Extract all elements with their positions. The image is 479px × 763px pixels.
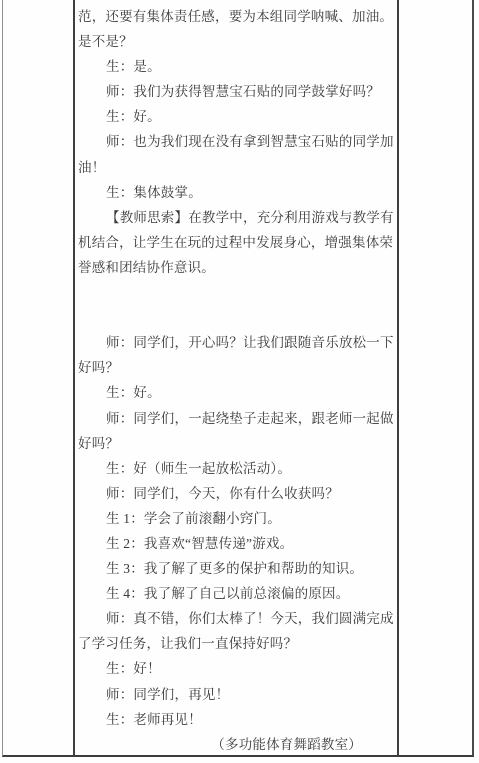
text-line bbox=[78, 280, 395, 305]
text-line: 生 4：我了解了自己以前总滚偏的原因。 bbox=[78, 581, 395, 606]
text-line: 师：也为我们现在没有拿到智慧宝石贴的同学加 bbox=[78, 129, 395, 154]
text-line: 好吗？ bbox=[78, 431, 395, 456]
table-cell-content: 范，还要有集体责任感，要为本组同学呐喊、加油。是不是？生：是。师：我们为获得智慧… bbox=[75, 0, 399, 755]
dialogue-text-block: 范，还要有集体责任感，要为本组同学呐喊、加油。是不是？生：是。师：我们为获得智慧… bbox=[78, 4, 395, 755]
text-line: 生：好。 bbox=[78, 380, 395, 405]
text-line: 师：同学们，再见！ bbox=[78, 682, 395, 707]
text-line: 是不是？ bbox=[78, 29, 395, 54]
text-line: 生 2：我喜欢“智慧传递”游戏。 bbox=[78, 531, 395, 556]
text-line: 生：好（师生一起放松活动）。 bbox=[78, 456, 395, 481]
text-line: 生：集体鼓掌。 bbox=[78, 180, 395, 205]
text-line: 誉感和团结协作意识。 bbox=[78, 255, 395, 280]
text-line: 【教师思索】在教学中，充分利用游戏与教学有 bbox=[78, 205, 395, 230]
text-line: 生：好。 bbox=[78, 104, 395, 129]
text-line: 范，还要有集体责任感，要为本组同学呐喊、加油。 bbox=[78, 4, 395, 29]
text-line: 师：同学们，今天，你有什么收获吗？ bbox=[78, 481, 395, 506]
text-line: 师：我们为获得智慧宝石贴的同学鼓掌好吗？ bbox=[78, 79, 395, 104]
text-line: 机结合，让学生在玩的过程中发展身心，增强集体荣 bbox=[78, 230, 395, 255]
text-line: 师：同学们，开心吗？让我们跟随音乐放松一下， bbox=[78, 330, 395, 355]
document-page: 范，还要有集体责任感，要为本组同学呐喊、加油。是不是？生：是。师：我们为获得智慧… bbox=[0, 0, 479, 763]
text-line: 生：好！ bbox=[78, 656, 395, 681]
text-line: 了学习任务，让我们一直保持好吗？ bbox=[78, 631, 395, 656]
text-line: 师：真不错，你们太棒了！今天，我们圆满完成 bbox=[78, 606, 395, 631]
text-line: 生 3：我了解了更多的保护和帮助的知识。 bbox=[78, 556, 395, 581]
text-line: 生 1：学会了前滚翻小窍门。 bbox=[78, 506, 395, 531]
table-cell-left-empty bbox=[3, 0, 75, 755]
text-line: 师：同学们，一起绕垫子走起来，跟老师一起做 bbox=[78, 406, 395, 431]
text-line: （多功能体育舞蹈教室） bbox=[78, 732, 395, 755]
text-line bbox=[78, 305, 395, 330]
text-line: 生：老师再见！ bbox=[78, 707, 395, 732]
text-line: 油！ bbox=[78, 155, 395, 180]
table-frame: 范，还要有集体责任感，要为本组同学呐喊、加油。是不是？生：是。师：我们为获得智慧… bbox=[2, 0, 474, 757]
text-line: 生：是。 bbox=[78, 54, 395, 79]
text-line: 好吗？ bbox=[78, 355, 395, 380]
table-cell-right-empty bbox=[399, 0, 472, 755]
